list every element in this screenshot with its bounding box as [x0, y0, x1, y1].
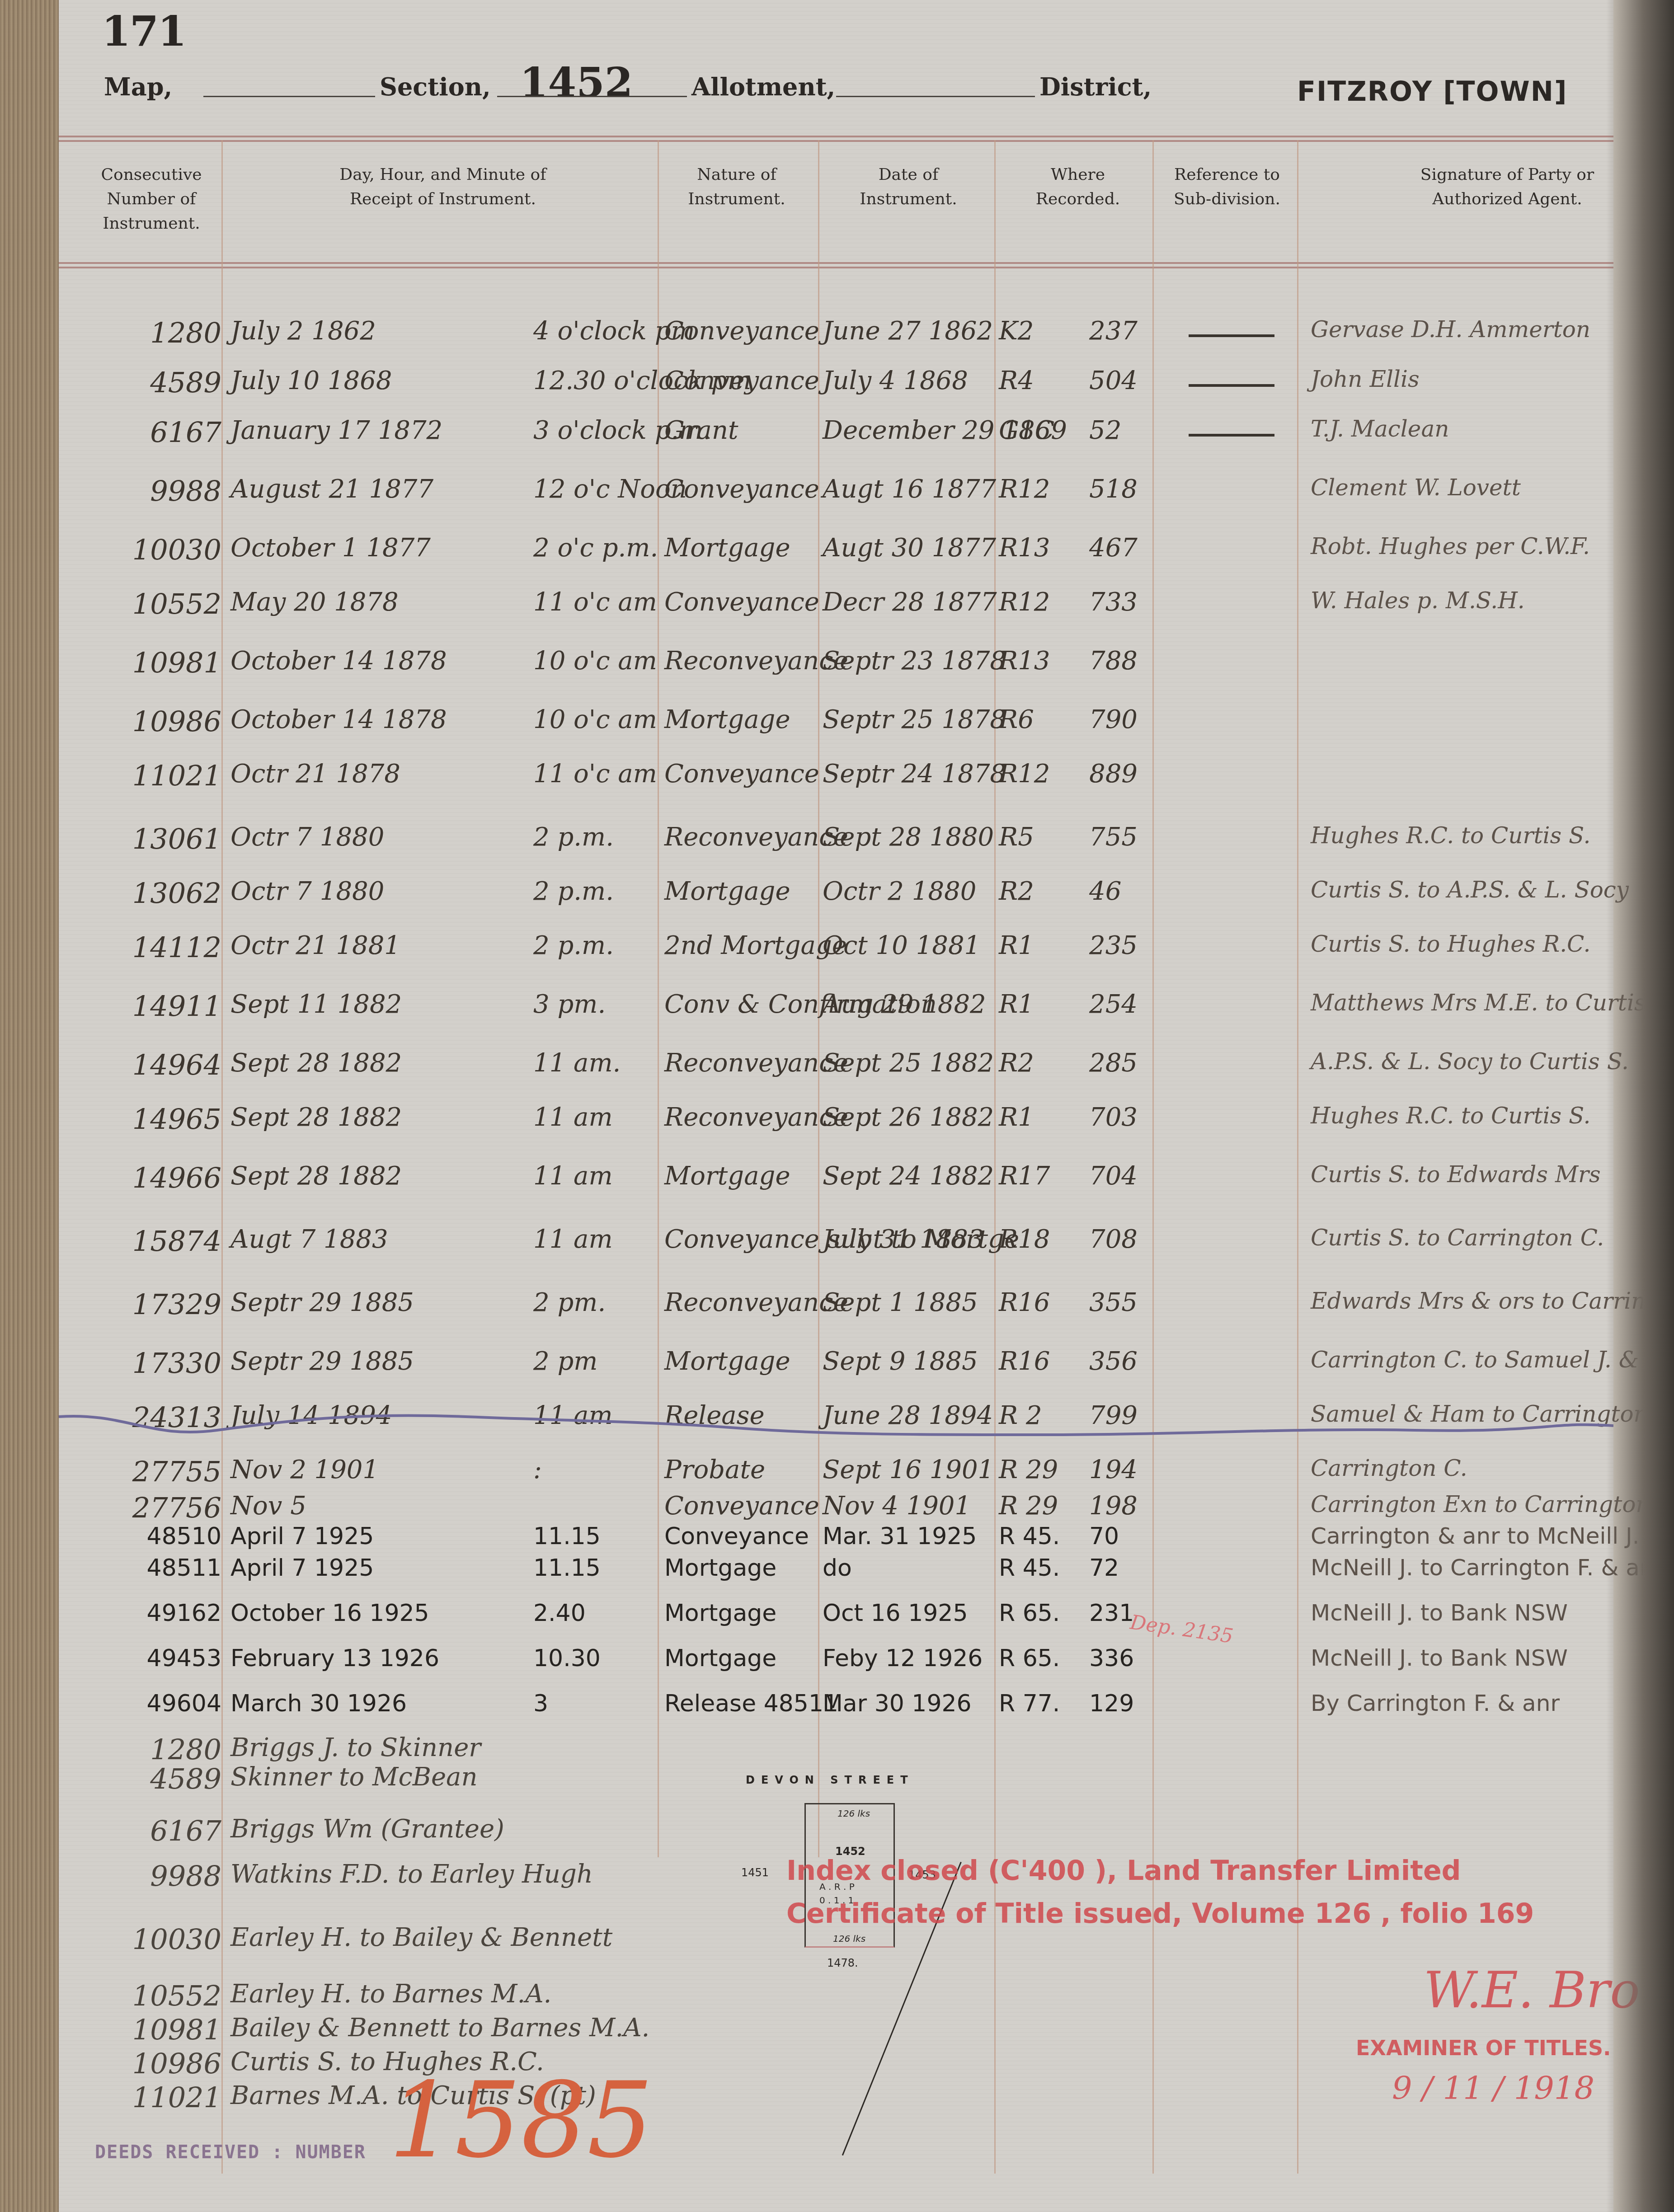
map-label: Map,: [104, 72, 172, 101]
recorded-folio: 703: [1089, 1103, 1138, 1132]
instrument-date: Augt 16 1877: [823, 474, 996, 504]
party-signature: Curtis S. to A.P.S. & L. Socy: [1311, 877, 1629, 903]
book-page-edge: [0, 0, 59, 2212]
received-time: 2 p.m.: [533, 877, 614, 906]
note-text: Watkins F.D. to Earley Hugh: [230, 1860, 593, 1889]
wavy-divider-line: [59, 1403, 1613, 1439]
note-instrument-number: 9988: [86, 1860, 221, 1893]
received-date: Augt 7 1883: [230, 1225, 388, 1254]
instrument-nature: Mortgage: [664, 533, 790, 563]
recorded-book: R17: [999, 1161, 1050, 1191]
received-time: 11.15: [533, 1555, 601, 1582]
recorded-book: R 29: [999, 1455, 1058, 1484]
allotment-label: Allotment,: [691, 72, 835, 101]
received-date: Octr 7 1880: [230, 877, 384, 906]
instrument-nature: 2nd Mortgage: [664, 931, 847, 960]
instrument-nature: Conveyance: [664, 587, 819, 617]
party-signature: McNeill J. to Bank NSW: [1311, 1645, 1568, 1671]
header-top-rule: [59, 136, 1613, 142]
instrument-number: 17330: [86, 1347, 221, 1380]
received-date: May 20 1878: [230, 587, 399, 617]
recorded-folio: 336: [1089, 1645, 1134, 1672]
plan-below-allotment: 1478.: [827, 1957, 858, 1969]
received-date: July 10 1868: [230, 366, 392, 395]
instrument-date: do: [823, 1555, 852, 1582]
recorded-folio: 889: [1089, 759, 1138, 789]
recorded-folio: 704: [1089, 1161, 1138, 1191]
received-date: October 14 1878: [230, 646, 447, 676]
received-date: January 17 1872: [230, 416, 442, 445]
instrument-date: Sept 28 1880: [823, 822, 994, 852]
section-label: Section,: [380, 72, 491, 101]
table-row: 10986October 14 187810 o'c amMortgageSep…: [59, 696, 1613, 750]
note-instrument-number: 10030: [86, 1923, 221, 1956]
instrument-number: 14911: [86, 990, 221, 1023]
recorded-book: R1: [999, 990, 1034, 1019]
received-date: July 2 1862: [230, 316, 376, 346]
instrument-number: 49453: [86, 1645, 221, 1672]
received-date: October 16 1925: [230, 1600, 429, 1627]
instrument-number: 48511: [86, 1555, 221, 1582]
instrument-date: Sept 24 1882: [823, 1161, 994, 1191]
received-date: Septr 29 1885: [230, 1347, 414, 1376]
received-time: :: [533, 1455, 542, 1484]
instrument-date: Sept 26 1882: [823, 1103, 994, 1132]
note-instrument-number: 10981: [86, 2013, 221, 2046]
instrument-date: Septr 25 1878: [823, 705, 1006, 734]
received-date: Sept 28 1882: [230, 1161, 402, 1191]
note-instrument-number: 4589: [86, 1762, 221, 1795]
instrument-date: Septr 24 1878: [823, 759, 1006, 789]
table-row: 14112Octr 21 18812 p.m.2nd MortgageOct 1…: [59, 922, 1613, 976]
table-row: 13061Octr 7 18802 p.m.ReconveyanceSept 2…: [59, 813, 1613, 868]
instrument-nature: Mortgage: [664, 1645, 776, 1672]
table-row: 10981October 14 187810 o'c amReconveyanc…: [59, 637, 1613, 691]
table-row: 11021Octr 21 187811 o'c amConveyanceSept…: [59, 750, 1613, 804]
recorded-book: R16: [999, 1347, 1050, 1376]
instrument-nature: Conveyance: [664, 474, 819, 504]
column-header-recorded: Where Recorded.: [1012, 163, 1143, 211]
received-time: 2 pm: [533, 1347, 597, 1376]
recorded-folio: 194: [1089, 1455, 1138, 1484]
instrument-date: Sept 25 1882: [823, 1048, 994, 1078]
examiner-date: 9 / 11 / 1918: [1392, 2070, 1594, 2107]
received-time: 11 am: [533, 1161, 613, 1191]
instrument-date: Oct 16 1925: [823, 1600, 968, 1627]
recorded-book: R13: [999, 646, 1050, 676]
instrument-nature: Release 48511: [664, 1690, 838, 1717]
index-note-row: 11021Barnes M.A. to Curtis S. (pt): [59, 2079, 1613, 2115]
recorded-folio: 504: [1089, 366, 1138, 395]
reference-dash: [1189, 334, 1274, 337]
received-time: 2 p.m.: [533, 822, 614, 852]
instrument-date: June 27 1862: [823, 316, 993, 346]
recorded-folio: 52: [1089, 416, 1121, 445]
recorded-book: R 65.: [999, 1645, 1060, 1672]
instrument-date: Feby 12 1926: [823, 1645, 983, 1672]
received-time: 2 pm.: [533, 1288, 606, 1317]
recorded-folio: 285: [1089, 1048, 1138, 1078]
instrument-number: 49604: [86, 1690, 221, 1717]
party-signature: Gervase D.H. Ammerton: [1311, 316, 1590, 343]
received-time: 3 pm.: [533, 990, 606, 1019]
instrument-nature: Conveyance: [664, 316, 819, 346]
instrument-number: 1280: [86, 316, 221, 349]
table-row: 49604March 30 19263Release 48511Mar 30 1…: [59, 1681, 1613, 1735]
instrument-number: 10986: [86, 705, 221, 738]
table-row: 13062Octr 7 18802 p.m.MortgageOctr 2 188…: [59, 868, 1613, 922]
note-text: Earley H. to Bailey & Bennett: [230, 1923, 612, 1952]
recorded-book: R16: [999, 1288, 1050, 1317]
note-text: Briggs J. to Skinner: [230, 1733, 481, 1762]
instrument-date: Mar 30 1926: [823, 1690, 972, 1717]
recorded-folio: 788: [1089, 646, 1138, 676]
header-bottom-rule: [59, 262, 1613, 268]
received-date: March 30 1926: [230, 1690, 407, 1717]
instrument-number: 13061: [86, 822, 221, 855]
instrument-nature: Reconveyance: [664, 1288, 848, 1317]
index-closed-stamp: Index closed (C'400 ), Land Transfer Lim…: [786, 1855, 1461, 1887]
instrument-nature: Reconveyance: [664, 646, 848, 676]
table-row: 10030October 1 18772 o'c p.m.MortgageAug…: [59, 524, 1613, 578]
recorded-folio: 755: [1089, 822, 1138, 852]
received-time: 10 o'c am: [533, 646, 657, 676]
received-time: 11 am: [533, 1225, 613, 1254]
party-signature: Robt. Hughes per C.W.F.: [1311, 533, 1590, 559]
recorded-folio: 254: [1089, 990, 1138, 1019]
recorded-book: R2: [999, 1048, 1034, 1078]
received-time: 10 o'c am: [533, 705, 657, 734]
table-row: 4589July 10 186812.30 o'clock pmConveyan…: [59, 357, 1613, 411]
instrument-number: 14965: [86, 1103, 221, 1136]
received-time: 2 p.m.: [533, 931, 614, 960]
recorded-folio: 467: [1089, 533, 1138, 563]
table-row: 1280July 2 18624 o'clock pmConveyanceJun…: [59, 307, 1613, 362]
instrument-nature: Reconveyance: [664, 1048, 848, 1078]
table-row: 9988August 21 187712 o'c NoonConveyanceA…: [59, 465, 1613, 520]
examiner-title-stamp: EXAMINER OF TITLES.: [1356, 2036, 1611, 2060]
instrument-date: Octr 2 1880: [823, 877, 976, 906]
folio-number: 171: [102, 7, 186, 56]
instrument-nature: Mortgage: [664, 705, 790, 734]
instrument-number: 14112: [86, 931, 221, 964]
instrument-number: 17329: [86, 1288, 221, 1321]
received-time: 11 am.: [533, 1048, 621, 1078]
received-date: Nov 2 1901: [230, 1455, 379, 1484]
header-row: Map, Section, 1452 Allotment, District, …: [104, 72, 1641, 127]
party-signature: W. Hales p. M.S.H.: [1311, 587, 1525, 614]
received-date: Octr 21 1881: [230, 931, 400, 960]
instrument-number: 10030: [86, 533, 221, 566]
received-date: October 1 1877: [230, 533, 431, 563]
column-header-nature: Nature of Instrument.: [669, 163, 804, 211]
note-text: Earley H. to Barnes M.A.: [230, 1979, 551, 2009]
note-instrument-number: 11021: [86, 2081, 221, 2114]
table-row: 15874Augt 7 188311 amConveyance subt to …: [59, 1216, 1613, 1270]
received-date: February 13 1926: [230, 1645, 439, 1672]
instrument-date: Oct 10 1881: [823, 931, 980, 960]
table-row: 14966Sept 28 188211 amMortgageSept 24 18…: [59, 1152, 1613, 1207]
column-header-date: Date of Instrument.: [836, 163, 981, 211]
instrument-date: Aug 29 1882: [823, 990, 986, 1019]
party-signature: Curtis S. to Hughes R.C.: [1311, 931, 1590, 957]
note-instrument-number: 10552: [86, 1979, 221, 2012]
party-signature: Curtis S. to Edwards Mrs: [1311, 1161, 1601, 1188]
instrument-number: 14966: [86, 1161, 221, 1194]
recorded-folio: 790: [1089, 705, 1138, 734]
instrument-number: 9988: [86, 474, 221, 507]
table-row: 6167January 17 18723 o'clock p.m.GrantDe…: [59, 407, 1613, 461]
instrument-number: 4589: [86, 366, 221, 399]
table-row: 10552May 20 187811 o'c amConveyanceDecr …: [59, 578, 1613, 633]
received-time: 10.30: [533, 1645, 601, 1672]
instrument-number: 15874: [86, 1225, 221, 1258]
section-field: [497, 72, 687, 97]
instrument-nature: Grant: [664, 416, 738, 445]
party-signature: A.P.S. & L. Socy to Curtis S.: [1311, 1048, 1629, 1075]
recorded-folio: 733: [1089, 587, 1138, 617]
recorded-book: G1C: [999, 416, 1054, 445]
received-time: 12 o'c Noon: [533, 474, 687, 504]
instrument-nature: Mortgage: [664, 1555, 776, 1582]
received-time: 2 o'c p.m.: [533, 533, 658, 563]
recorded-folio: 356: [1089, 1347, 1138, 1376]
recorded-folio: 708: [1089, 1225, 1138, 1254]
party-signature: McNeill J. to Bank NSW: [1311, 1600, 1568, 1626]
received-date: August 21 1877: [230, 474, 433, 504]
instrument-number: 11021: [86, 759, 221, 792]
recorded-book: R4: [999, 366, 1034, 395]
instrument-number: 10552: [86, 587, 221, 620]
note-text: Briggs Wm (Grantee): [230, 1814, 504, 1844]
recorded-book: R5: [999, 822, 1034, 852]
recorded-book: R12: [999, 759, 1050, 789]
received-time: 2.40: [533, 1600, 586, 1627]
instrument-nature: Conveyance: [664, 366, 819, 395]
instrument-nature: Reconveyance: [664, 822, 848, 852]
table-row: 14965Sept 28 188211 amReconveyanceSept 2…: [59, 1094, 1613, 1148]
received-time: 3: [533, 1690, 548, 1717]
note-text: Bailey & Bennett to Barnes M.A.: [230, 2013, 649, 2043]
party-signature: Curtis S. to Carrington C.: [1311, 1225, 1604, 1251]
recorded-book: R6: [999, 705, 1034, 734]
party-signature: Hughes R.C. to Curtis S.: [1311, 822, 1590, 849]
note-instrument-number: 10986: [86, 2047, 221, 2080]
recorded-book: R18: [999, 1225, 1050, 1254]
recorded-book: R13: [999, 533, 1050, 563]
instrument-number: 14964: [86, 1048, 221, 1081]
table-row: 14964Sept 28 188211 am.ReconveyanceSept …: [59, 1039, 1613, 1094]
reference-dash: [1189, 384, 1274, 387]
received-date: Septr 29 1885: [230, 1288, 414, 1317]
instrument-date: Sept 16 1901: [823, 1455, 994, 1484]
recorded-book: R1: [999, 931, 1034, 960]
index-note-row: 10552Earley H. to Barnes M.A.: [59, 1977, 1613, 2013]
instrument-date: Sept 1 1885: [823, 1288, 978, 1317]
received-date: Octr 7 1880: [230, 822, 384, 852]
instrument-number: 13062: [86, 877, 221, 910]
district-value: FITZROY [TOWN]: [1297, 76, 1567, 108]
instrument-nature: Mortgage: [664, 1600, 776, 1627]
party-signature: By Carrington F. & anr: [1311, 1690, 1560, 1716]
allotment-field: [836, 72, 1035, 97]
party-signature: John Ellis: [1311, 366, 1420, 392]
table-row: 17330Septr 29 18852 pmMortgageSept 9 188…: [59, 1338, 1613, 1392]
recorded-book: R12: [999, 474, 1050, 504]
recorded-folio: 72: [1089, 1555, 1119, 1582]
plan-left-allotment: 1451: [741, 1866, 769, 1879]
party-signature: Clement W. Lovett: [1311, 474, 1521, 501]
instrument-number: 6167: [86, 416, 221, 449]
district-label: District,: [1039, 72, 1152, 101]
recorded-folio: 235: [1089, 931, 1138, 960]
party-signature: Carrington C.: [1311, 1455, 1467, 1481]
instrument-date: Augt 30 1877: [823, 533, 996, 563]
deeds-number: 1585: [389, 2061, 653, 2181]
instrument-nature: Reconveyance: [664, 1103, 848, 1132]
instrument-date: Decr 28 1877: [823, 587, 997, 617]
column-header-number: Consecutive Number of Instrument.: [81, 163, 221, 236]
party-signature: Hughes R.C. to Curtis S.: [1311, 1103, 1590, 1129]
instrument-nature: Conveyance: [664, 759, 819, 789]
recorded-book: R 77.: [999, 1690, 1060, 1717]
recorded-book: R 65.: [999, 1600, 1060, 1627]
instrument-date: July 31 1883: [823, 1225, 984, 1254]
received-date: April 7 1925: [230, 1555, 374, 1582]
column-header-reference: Reference to Sub-division.: [1161, 163, 1293, 211]
received-date: Sept 11 1882: [230, 990, 402, 1019]
instrument-number: 49162: [86, 1600, 221, 1627]
received-date: October 14 1878: [230, 705, 447, 734]
note-text: Skinner to McBean: [230, 1762, 478, 1792]
recorded-book: R1: [999, 1103, 1034, 1132]
plan-street: DEVON STREET: [746, 1774, 914, 1786]
instrument-date: Sept 9 1885: [823, 1347, 978, 1376]
instrument-number: 10981: [86, 646, 221, 679]
recorded-book: R2: [999, 877, 1034, 906]
instrument-nature: Probate: [664, 1455, 765, 1484]
recorded-folio: 237: [1089, 316, 1138, 346]
plan-bottom-dim: 126 lks: [833, 1933, 865, 1944]
received-date: Octr 21 1878: [230, 759, 400, 789]
recorded-folio: 231: [1089, 1600, 1134, 1627]
party-signature: T.J. Maclean: [1311, 416, 1449, 442]
column-header-signature: Signature of Party or Authorized Agent.: [1410, 163, 1604, 211]
received-time: 11 o'c am: [533, 759, 657, 789]
recorded-book: K2: [999, 316, 1034, 346]
recorded-folio: 129: [1089, 1690, 1134, 1717]
map-field: [203, 72, 375, 97]
instrument-date: July 4 1868: [823, 366, 968, 395]
note-instrument-number: 6167: [86, 1814, 221, 1847]
instrument-nature: Mortgage: [664, 877, 790, 906]
deeds-received-stamp: DEEDS RECEIVED : NUMBER: [95, 2142, 366, 2163]
recorded-folio: 355: [1089, 1288, 1138, 1317]
plan-top-dim: 126 lks: [837, 1808, 870, 1819]
instrument-nature: Mortgage: [664, 1161, 790, 1191]
reference-dash: [1189, 434, 1274, 437]
recorded-folio: 518: [1089, 474, 1138, 504]
table-row: 17329Septr 29 18852 pm.ReconveyanceSept …: [59, 1279, 1613, 1333]
received-time: 11 o'c am: [533, 587, 657, 617]
received-date: Sept 28 1882: [230, 1103, 402, 1132]
recorded-book: R12: [999, 587, 1050, 617]
book-gutter-shadow: [1606, 0, 1674, 2212]
instrument-nature: Mortgage: [664, 1347, 790, 1376]
recorded-folio: 46: [1089, 877, 1121, 906]
received-date: Sept 28 1882: [230, 1048, 402, 1078]
column-header-received: Day, Hour, and Minute of Receipt of Inst…: [316, 163, 569, 211]
instrument-date: Septr 23 1878: [823, 646, 1006, 676]
received-time: 11 am: [533, 1103, 613, 1132]
recorded-book: R 45.: [999, 1555, 1060, 1582]
certificate-stamp: Certificate of Title issued, Volume 126 …: [786, 1898, 1534, 1930]
table-row: 14911Sept 11 18823 pm.Conv & Confirmatio…: [59, 981, 1613, 1035]
